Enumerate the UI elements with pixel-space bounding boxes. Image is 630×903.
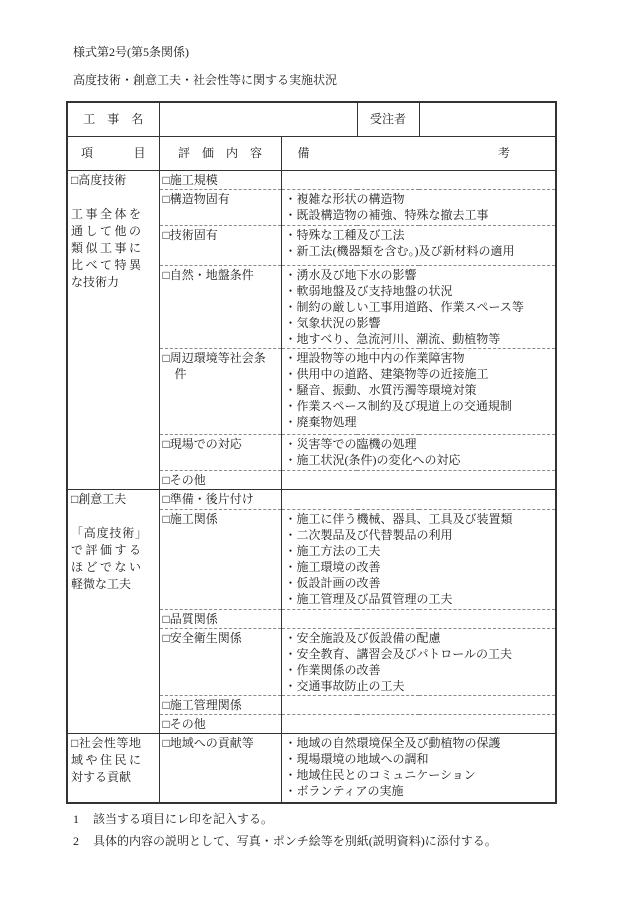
remarks-other-1 (281, 470, 556, 489)
remarks-onsite-response: ・災害等での臨機の処理 ・施工状況(条件)の変化への対応 (281, 434, 556, 470)
document-title: 高度技術・創意工夫・社会性等に関する実施状況 (73, 72, 630, 88)
remarks-safety-hygiene: ・安全施設及び仮設備の配慮 ・安全教育、講習会及びパトロールの工夫 ・作業関係の… (281, 628, 556, 695)
column-header-item: 項 目 (67, 136, 159, 170)
column-header-item-right: 目 (133, 145, 145, 161)
work-name-label: 工 事 名 (67, 102, 159, 136)
eval-label-preparation-cleanup: □準備・後片付け (159, 489, 281, 509)
eval-label-construction-scale: □施工規模 (159, 170, 281, 189)
remarks-preparation-cleanup (281, 489, 556, 509)
remarks-construction-related: ・施工に伴う機械、器具、工具及び装置類 ・二次製品及び代替製品の利用 ・施工方法… (281, 509, 556, 609)
remarks-structure-specific: ・複雑な形状の構造物 ・既設構造物の補強、特殊な撤去工事 (281, 189, 556, 225)
remarks-regional-contribution: ・地域の自然環境保全及び動植物の保護 ・現場環境の地域への調和 ・地域住民とのコ… (281, 733, 556, 803)
remarks-other-2 (281, 714, 556, 733)
column-header-remarks-left: 備 (298, 145, 310, 161)
remarks-technology-specific: ・特殊な工種及び工法 ・新工法(機器類を含む。)及び新材料の適用 (281, 225, 556, 265)
eval-label-surrounding-environment: □周辺環境等社会条件 (159, 348, 281, 434)
contractor-value-field[interactable] (419, 102, 556, 136)
footnote-2: 2具体的内容の説明として、写真・ポンチ絵等を別紙(説明資料)に添付する。 (73, 833, 630, 849)
section-creative-ingenuity-cell: □創意工夫 「高度技術」で評価するほどでない軽微な工夫 (67, 489, 159, 733)
work-name-value-field[interactable] (159, 102, 357, 136)
footnotes: 1該当する項目にレ印を記入する。 2具体的内容の説明として、写真・ポンチ絵等を別… (73, 811, 630, 849)
footnote-1-text: 該当する項目にレ印を記入する。 (93, 812, 273, 826)
eval-label-other-1: □その他 (159, 470, 281, 489)
footnote-2-number: 2 (73, 833, 93, 849)
remarks-construction-scale (281, 170, 556, 189)
eval-label-regional-contribution: □地域への貢献等 (159, 733, 281, 803)
section-advanced-technology-desc: 工事全体を通して他の類似工事に比べて特異な技術力 (71, 206, 141, 291)
footnote-1-number: 1 (73, 811, 93, 827)
section-sociality-cell: □社会性等地域や住民に対する貢献 (67, 733, 159, 803)
eval-label-structure-specific: □構造物固有 (159, 189, 281, 225)
eval-label-onsite-response: □現場での対応 (159, 434, 281, 470)
eval-label-technology-specific: □技術固有 (159, 225, 281, 265)
eval-label-natural-ground-conditions: □自然・地盤条件 (159, 265, 281, 348)
contractor-label: 受注者 (357, 102, 419, 136)
eval-label-quality-related: □品質関係 (159, 609, 281, 628)
section-creative-ingenuity-title: □創意工夫 (71, 491, 156, 508)
column-header-evaluation: 評 価 内 容 (159, 136, 281, 170)
section-advanced-technology-cell: □高度技術 工事全体を通して他の類似工事に比べて特異な技術力 (67, 170, 159, 489)
section-sociality-title: □社会性等 (71, 736, 129, 750)
footnote-1: 1該当する項目にレ印を記入する。 (73, 811, 630, 827)
section-creative-ingenuity-desc: 「高度技術」で評価するほどでない軽微な工夫 (71, 525, 141, 593)
remarks-natural-ground-conditions: ・湧水及び地下水の影響 ・軟弱地盤及び支持地盤の状況 ・制約の厳しい工事用道路、… (281, 265, 556, 348)
footnote-2-text: 具体的内容の説明として、写真・ポンチ絵等を別紙(説明資料)に添付する。 (93, 834, 497, 848)
remarks-construction-management (281, 695, 556, 714)
form-number-label: 様式第2号(第5条関係) (73, 44, 630, 60)
section-advanced-technology-title: □高度技術 (71, 172, 156, 189)
eval-label-construction-management: □施工管理関係 (159, 695, 281, 714)
evaluation-table: 工 事 名 受注者 項 目 評 価 内 容 備 考 (66, 101, 557, 804)
eval-label-safety-hygiene: □安全衛生関係 (159, 628, 281, 695)
eval-label-construction-related: □施工関係 (159, 509, 281, 609)
document-page: 様式第2号(第5条関係) 高度技術・創意工夫・社会性等に関する実施状況 工 事 … (0, 0, 630, 903)
remarks-surrounding-environment: ・埋設物等の地中内の作業障害物 ・供用中の道路、建築物等の近接施工 ・騒音、振動… (281, 348, 556, 434)
remarks-quality-related (281, 609, 556, 628)
eval-label-other-2: □その他 (159, 714, 281, 733)
column-header-remarks-right: 考 (498, 145, 510, 161)
column-header-item-left: 項 (81, 145, 93, 161)
column-header-remarks: 備 考 (281, 136, 556, 170)
